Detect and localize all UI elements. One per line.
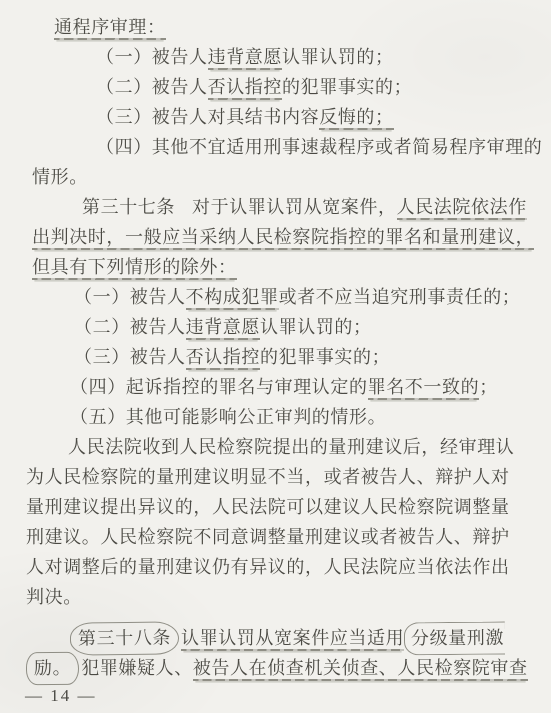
text-line: 量刑建议提出异议的，人民法院可以建议人民检察院调整量 xyxy=(26,492,527,522)
text-line: （一）被告人违背意愿认罪认罚的； xyxy=(54,42,527,72)
text-line: 出判决时，一般应当采纳人民检察院指控的罪名和量刑建议， xyxy=(32,222,527,252)
text-line: 通程序审理： xyxy=(54,12,527,42)
underlined-text: 被告人在侦查机关侦查、人民检察院审查 xyxy=(193,658,528,681)
list-item-text: 认罪认罚的； xyxy=(282,47,394,67)
text-line: （五）其他可能影响公正审判的情形。 xyxy=(28,402,527,432)
text-line: 情形。 xyxy=(32,162,527,192)
text-line: （二）被告人否认指控的犯罪事实的； xyxy=(54,72,527,102)
underlined-text: 通程序审理： xyxy=(54,17,166,40)
body-text: 判决。 xyxy=(26,587,82,607)
list-item-text: 认罪认罚的； xyxy=(260,317,372,337)
circled-article-number: 第三十八条 xyxy=(70,621,179,655)
document-page: 通程序审理： （一）被告人违背意愿认罪认罚的； （二）被告人否认指控的犯罪事实的… xyxy=(0,0,551,713)
list-item-text: 或者不应当追究刑事责任的； xyxy=(279,287,521,307)
page-content: 通程序审理： （一）被告人违背意愿认罪认罚的； （二）被告人否认指控的犯罪事实的… xyxy=(0,0,551,706)
body-text: 对于认罪认罚从宽案件， xyxy=(192,197,397,217)
underlined-text: 不构成犯罪 xyxy=(186,287,279,310)
list-item-text: 的犯罪事实的； xyxy=(260,347,390,367)
list-item-text: （一）被告人 xyxy=(96,47,208,67)
body-text: 犯罪嫌疑人、 xyxy=(81,658,193,678)
list-item-text: 的犯罪事实的； xyxy=(282,77,412,97)
list-item-text: （三）被告人 xyxy=(74,347,186,367)
underlined-text: 出判决时，一般应当采纳人民检察院指控的罪名和量刑建议， xyxy=(32,227,534,250)
circled-text: 励。 xyxy=(26,652,80,686)
underlined-text: 罪名不一致的 xyxy=(368,377,480,400)
body-text: 为人民检察院的量刑建议明显不当，或者被告人、辩护人对 xyxy=(26,467,510,487)
underlined-text: 但具有下列情形的除外： xyxy=(32,257,237,280)
article-number: 第三十七条 xyxy=(82,197,175,217)
circled-text: 分级量刑激 xyxy=(404,622,505,656)
list-item-text: （四）起诉指控的罪名与审理认定的 xyxy=(70,377,368,397)
text-line: 人民法院收到人民检察院提出的量刑建议后，经审理认 xyxy=(26,432,527,462)
text-line: 第三十七条对于认罪认罚从宽案件，人民法院依法作 xyxy=(40,192,527,222)
list-item-text: （三）被告人对具结书内容 xyxy=(96,107,319,127)
body-text: 刑建议。人民检察院不同意调整量刑建议或者被告人、辩护 xyxy=(26,527,510,547)
underlined-text: 人民法院依法作 xyxy=(397,197,527,220)
list-item-text: （一）被告人 xyxy=(74,287,186,307)
text-line: 第三十八条认罪认罚从宽案件应当适用分级量刑激 xyxy=(28,622,527,652)
list-item-text: （五）其他可能影响公正审判的情形。 xyxy=(70,407,386,427)
underlined-text: 否认指控 xyxy=(208,77,282,100)
text-line: （四）其他不宜适用刑事速裁程序或者简易程序审理的 xyxy=(54,132,527,162)
text-line: 但具有下列情形的除外： xyxy=(32,252,527,282)
list-item-text: （二）被告人 xyxy=(96,77,208,97)
text-line: 人对调整后的量刑建议仍有异议的，人民法院应当依法作出 xyxy=(26,552,527,582)
text-line: （二）被告人违背意愿认罪认罚的； xyxy=(32,312,527,342)
underlined-text: 认罪认罚从宽案件应当适用 xyxy=(181,628,404,651)
underlined-text: 违背意愿 xyxy=(208,47,282,70)
list-item-text: ； xyxy=(479,377,498,397)
underlined-text: 否认指控 xyxy=(186,347,260,370)
list-item-text: （二）被告人 xyxy=(74,317,186,337)
body-text: 情形。 xyxy=(32,167,88,187)
text-line: （三）被告人否认指控的犯罪事实的； xyxy=(32,342,527,372)
body-text: 人对调整后的量刑建议仍有异议的，人民法院应当依法作出 xyxy=(26,557,510,577)
body-text: 量刑建议提出异议的，人民法院可以建议人民检察院调整量 xyxy=(26,497,510,517)
text-line: 刑建议。人民检察院不同意调整量刑建议或者被告人、辩护 xyxy=(26,522,527,552)
underlined-text: 违背意愿 xyxy=(186,317,260,340)
text-line: （四）起诉指控的罪名与审理认定的罪名不一致的； xyxy=(28,372,527,402)
text-line: （一）被告人不构成犯罪或者不应当追究刑事责任的； xyxy=(32,282,527,312)
text-line: 励。犯罪嫌疑人、被告人在侦查机关侦查、人民检察院审查 xyxy=(26,652,527,682)
body-text: 人民法院收到人民检察院提出的量刑建议后，经审理认 xyxy=(68,437,514,457)
page-number: — 14 — xyxy=(25,686,527,706)
text-line: （三）被告人对具结书内容反悔的； xyxy=(54,102,527,132)
underlined-text: 反悔的； xyxy=(319,107,393,130)
text-line: 判决。 xyxy=(26,582,527,612)
list-item-text: （四）其他不宜适用刑事速裁程序或者简易程序审理的 xyxy=(96,137,542,157)
text-line: 为人民检察院的量刑建议明显不当，或者被告人、辩护人对 xyxy=(26,462,527,492)
